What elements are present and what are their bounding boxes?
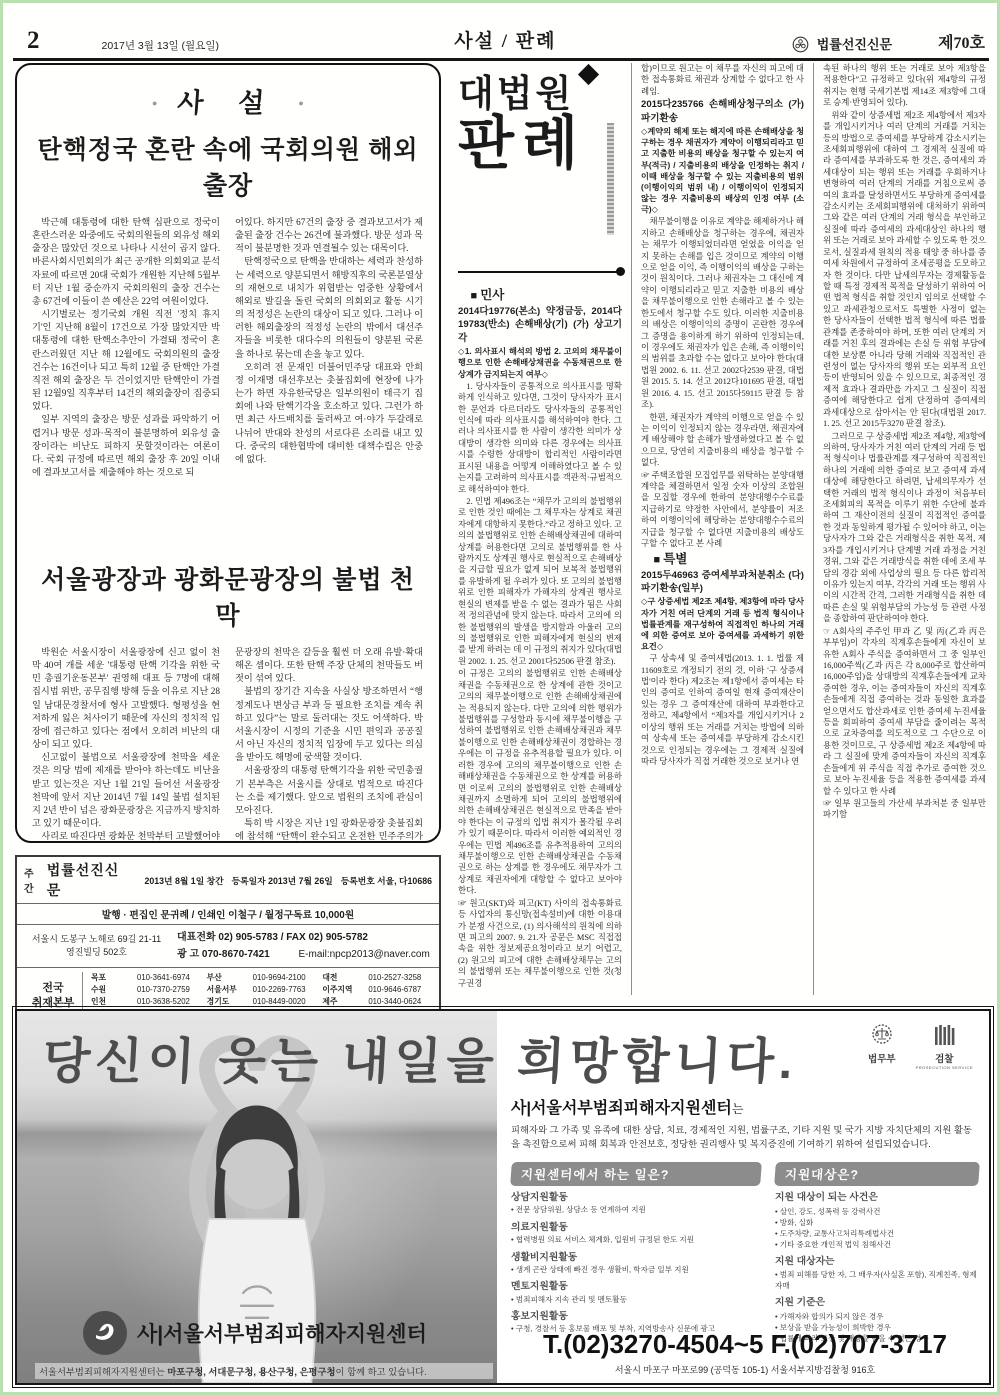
article1-column-2: 어있다. 하지만 67건의 출장 중 결과보고서가 제출된 출장 건수는 26건… <box>235 216 423 554</box>
case1-paragraph: 1. 당사자들이 공통적으로 의사표시를 명확하게 인식하고 있다면, 그것이 … <box>458 381 622 495</box>
precedent-column-1: 대법원 판례 민사 2014다19776(본소) 약정금등, 2014다1978… <box>449 63 631 995</box>
bureau-region: 부산 <box>207 972 249 984</box>
caption-prefix: 서울서부범죄피해자지원센터는 <box>39 1367 167 1377</box>
activities-column: 지원센터에서 하는 일은? 상담지원활동 전문 상담위원, 상담소 등 연계하여… <box>511 1162 761 1344</box>
case2-paragraph: 채무불이행을 이유로 계약을 해제하거나 해지하고 손해배상을 청구하는 경우에… <box>641 216 804 410</box>
editorial-paragraph: 박근혜 대통령에 대한 탄핵 심판으로 정국이 혼란스러운 와중에도 국회의원들… <box>32 216 220 308</box>
logo-text-daebeobwon: 대법원 <box>458 75 622 114</box>
editorial-headline-2: 서울광장과 광화문광장의 불법 천막 <box>32 560 424 632</box>
targets-header: 지원대상은? <box>774 1162 980 1186</box>
logo-sublabel: PROSECUTION SERVICE <box>916 1065 973 1070</box>
editorial-paragraph: 어있다. 하지만 67건의 출장 중 결과보고서가 제출된 출장 건수는 26건… <box>235 216 423 255</box>
bureau-entry: 목포010-3641-6974 <box>91 972 201 984</box>
publisher-name: 법률선진신문 <box>47 860 127 900</box>
publication-date: 2017년 3월 13일 (월요일) <box>102 38 219 53</box>
supreme-court-precedent-logo: 대법원 판례 <box>458 63 622 255</box>
case1-paragraph: 이 규정은 고의의 불법행위로 인한 손해배상채권을 수동채권으로 한 상계에 … <box>458 668 622 896</box>
case2-issue: ◇계약의 해제 또는 해지에 따른 손해배상을 청구하는 경우 채권자가 계약이… <box>641 126 804 215</box>
org-caption: 서울서부범죄피해자지원센터는 마포구청, 서대문구청, 용산구청, 은평구청이 … <box>35 1363 493 1379</box>
case1-title: 2014다19776(본소) 약정금등, 2014다19783(반소) 손해배상… <box>458 305 622 345</box>
precedent-column-2: 합)이므로 원고는 이 채무를 자신의 피고에 대한 접속통화료 채권과 상계할… <box>631 63 813 995</box>
bureau-phone: 010-8449-0020 <box>253 996 306 1008</box>
bureau-phone: 010-3638-5202 <box>137 996 190 1008</box>
registration-number: 등록번호 서울, 다10686 <box>341 874 432 887</box>
center-name-heading: 사|서울서부범죄피해자지원센터는 <box>511 1095 979 1118</box>
editorial-paragraph: 불법의 장기간 지속을 사실상 방조하면서 “행정계도나 변상금 부과 등 필요… <box>235 685 423 764</box>
prosecution-service-logo: 검찰 PROSECUTION SERVICE <box>916 1023 973 1070</box>
editorial-paragraph: 사리로 따진다면 광화문 천막부터 고발했어야 마땅하고 벌써 철거되었어야 한… <box>32 830 220 843</box>
publisher-phones: 대표전화 02) 905-5783 / FAX 02) 905-5782 광 고… <box>169 929 432 963</box>
activity-title: 홍보지원활동 <box>511 1310 761 1324</box>
publisher-row-contact: 서울시 도봉구 노해로 69길 21-11 영진빌딩 502호 대표전화 02)… <box>17 925 439 968</box>
target-item: 기타 중요한 개인적 법익 침해사건 <box>775 1239 979 1250</box>
weekly-label: 주간 <box>24 865 42 895</box>
editorial-paragraph: 시기별로는 정기국회 개원 직전 '정치 휴지기'인 지난해 8월이 17건으로… <box>32 308 220 413</box>
page-number: 2 <box>27 28 40 53</box>
founded-date: 2013년 8월 1일 창간 <box>144 874 223 887</box>
bureau-phone: 010-3641-6974 <box>137 972 190 984</box>
page-header: 2 2017년 3월 13일 (월요일) 사설 / 판례 법률선진신문 제70호 <box>13 9 989 61</box>
editorial-paragraph: 탄핵정국으로 탄핵을 반대하는 세력과 찬성하는 세력으로 양분되면서 해방직후… <box>235 255 423 360</box>
masthead-name: 법률선진신문 <box>817 34 892 53</box>
editorial-headline-1: 탄핵정국 혼란 속에 국회의원 해외 출장 <box>32 130 424 202</box>
editorial-paragraph: 서울광장의 대통령 탄핵기각을 위한 국민총궐기 본부측은 서울시를 상대로 법… <box>235 764 423 817</box>
publisher-email: E-mail:npcp2013@naver.com <box>299 946 430 963</box>
case1-issue: ◇1. 의사표시 해석의 방법 2. 고의의 채무불이행으로 인한 손해배상채권… <box>458 346 622 379</box>
editorial-article-2: 박원순 서울시장이 서울광장에 신고 없이 천막 40여 개를 세운 '대통령 … <box>32 646 424 843</box>
case2-title: 2015다235766 손해배상청구의소 (가) 파기환송 <box>641 98 804 125</box>
newspaper-emblem-icon <box>792 36 809 53</box>
activity-title: 상담지원활동 <box>511 1191 761 1205</box>
precedent-column-3: 속된 하나의 행위 또는 거래로 보아 제3항을 적용한다”고 규정하고 있다(… <box>813 63 995 995</box>
case2-note: ☞ 주택조합원 모집업무를 위탁하는 분양대행계약을 체결하면서 일정 숫자 이… <box>641 470 804 550</box>
case1-paragraph: 2. 민법 제496조는 “채무가 고의의 불법행위로 인한 것인 때에는 그 … <box>458 496 622 667</box>
bureau-region: 이주지역 <box>322 984 364 996</box>
case3-paragraph: 그러므로 구 상증세법 제2조 제4항, 제3항에 의하여, 당사자가 거친 여… <box>823 431 986 625</box>
bureau-region: 서울서부 <box>207 984 249 996</box>
activity-title: 생활비지원활동 <box>511 1251 761 1265</box>
bureau-entry: 제주010-3440-0624 <box>322 996 432 1008</box>
masthead-group: 법률선진신문 제70호 <box>792 30 985 53</box>
bureau-entry: 인천010-3638-5202 <box>91 996 201 1008</box>
bureau-region: 제주 <box>322 996 364 1008</box>
activity-desc: 생계 곤란 상태에 빠진 경우 생활비, 학자금 일부 지원 <box>511 1265 761 1276</box>
divider-with-dot <box>458 271 622 273</box>
bureau-region: 인천 <box>91 996 133 1008</box>
section-header-civil: 민사 <box>458 287 622 304</box>
ad-headline: 당신이 웃는 내일을 희망합니다. <box>41 1023 875 1093</box>
bureau-entry: 부산010-9694-2100 <box>207 972 317 984</box>
ad-columns: 지원센터에서 하는 일은? 상담지원활동 전문 상담위원, 상담소 등 연계하여… <box>511 1162 979 1344</box>
target-item: 도주차량, 교통사고처리특례법사건 <box>775 1228 979 1239</box>
bureau-entry: 서울서부010-2269-7763 <box>207 984 317 996</box>
target-group: 지원 대상자는 범죄 피해를 당한 자, 그 배우자(사실혼 포함), 직계친족… <box>775 1255 979 1292</box>
bureau-entry: 수원010-7370-2759 <box>91 984 201 996</box>
activity-desc: 협력병원 의료 서비스 체계화, 입원비 규정된 한도 지원 <box>511 1235 761 1246</box>
registered-date: 등록일자 2013년 7월 26일 <box>232 874 333 887</box>
activity-title: 의료지원활동 <box>511 1221 761 1235</box>
editorial-paragraph: 일부 지역의 출장은 방문 성과를 파악하기 어렵거나 방문 성과·목적이 불분… <box>32 413 220 479</box>
activities-header: 지원센터에서 하는 일은? <box>510 1162 762 1186</box>
section-header-special: 특별 <box>641 551 804 568</box>
editorial-paragraph: 오히려 전 문재인 더불어민주당 대표와 안희정 이재명 대선후보는 촛불집회에… <box>235 361 423 466</box>
case2-paragraph: 한편, 채권자가 계약의 이행으로 얻을 수 있는 이익이 인정되지 않는 경우… <box>641 412 804 469</box>
case3-paragraph: 위와 같이 상증세법 제2조 제4항에서 제3자를 개입시키거나 여러 단계의 … <box>823 110 986 430</box>
article1-column-1: 박근혜 대통령에 대한 탄핵 심판으로 정국이 혼란스러운 와중에도 국회의원들… <box>32 216 220 554</box>
article2-column-1: 박원순 서울시장이 서울광장에 신고 없이 천막 40여 개를 세운 '대통령 … <box>32 646 220 843</box>
case3-note: ☞ A회사의 주주인 甲과 乙 및 丙(乙과 丙은 부부임)이 각자의 직계후손… <box>823 626 986 797</box>
target-item: 살인, 강도, 성폭력 등 강력사건 <box>775 1206 979 1217</box>
target-item: 범죄 피해를 당한 자, 그 배우자(사실혼 포함), 직계친족, 형제자매 <box>775 1269 979 1291</box>
scales-icon <box>869 1023 895 1049</box>
article2-column-2: 문광장의 천막은 갈등을 훨씬 더 오래 유발·확대해온 셈이다. 또한 탄핵 … <box>235 646 423 843</box>
bureau-region: 목포 <box>91 972 133 984</box>
caption-districts: 마포구청, 서대문구청, 용산구청, 은평구청 <box>167 1367 335 1377</box>
newspaper-page: 2 2017년 3월 13일 (월요일) 사설 / 판례 법률선진신문 제70호… <box>0 0 1000 1395</box>
bureau-phone: 010-7370-2759 <box>137 984 190 996</box>
ad-phone: 광 고 070-8670-7421 <box>177 949 270 960</box>
precedents-section: 대법원 판례 민사 2014다19776(본소) 약정금등, 2014다1978… <box>449 63 995 995</box>
ministry-of-justice-logo: 법무부 <box>868 1023 896 1070</box>
editorial-paragraph: 신고없이 불법으로 서울광장에 천막을 세운 것은 의당 법에 제재를 받아야 … <box>32 751 220 830</box>
target-group: 지원 대상이 되는 사건은 살인, 강도, 성폭력 등 강력사건 방화, 실화 … <box>775 1191 979 1250</box>
target-item: 가해자와 합의가 되지 않은 경우 <box>775 1311 979 1322</box>
activity-item: 의료지원활동 협력병원 의료 서비스 체계화, 입원비 규정된 한도 지원 <box>511 1221 761 1246</box>
activity-desc: 범죄피해자 지속 관리 및 멘토활동 <box>511 1295 761 1306</box>
vertical-bar-decoration <box>607 123 614 235</box>
bureau-region: 경기도 <box>207 996 249 1008</box>
issue-number: 제70호 <box>938 30 985 53</box>
publisher-row-registration: 주간 법률선진신문 2013년 8월 1일 창간 등록일자 2013년 7월 2… <box>17 857 439 904</box>
staff-line: 발행 · 편집인 문귀례 / 인쇄인 이철구 / 월정구독료 10,000원 <box>102 907 354 921</box>
org-name-block: 사|서울서부범죄피해자지원센터 <box>83 1311 427 1355</box>
center-name: 사|서울서부범죄피해자지원센터 <box>511 1100 732 1117</box>
pillar-bars-icon <box>931 1023 957 1049</box>
activity-item: 생활비지원활동 생계 곤란 상태에 빠진 경우 생활비, 학자금 일부 지원 <box>511 1251 761 1276</box>
activity-title: 멘토지원활동 <box>511 1280 761 1294</box>
bureau-region: 수원 <box>91 984 133 996</box>
logo-text-panrye: 판례 <box>458 114 622 175</box>
bureau-phone: 010-9694-2100 <box>253 972 306 984</box>
editorial-paragraph: 문광장의 천막은 갈등을 훨씬 더 오래 유발·확대해온 셈이다. 또한 탄핵 … <box>235 646 423 685</box>
logo-label: 법무부 <box>868 1051 896 1065</box>
case3-title: 2015두46963 증여세부과처분취소 (다) 파기환송(일부) <box>641 569 804 596</box>
center-description: 피해자와 그 가족 및 유족에 대한 상담, 치료, 경제적인 지원, 법률구조… <box>511 1124 973 1152</box>
activity-item: 상담지원활동 전문 상담위원, 상담소 등 연계하여 지원 <box>511 1191 761 1216</box>
section-title: 사설 / 판례 <box>219 26 792 53</box>
publisher-address: 서울시 도봉구 노해로 69길 21-11 영진빌딩 502호 <box>24 933 169 960</box>
targets-column: 지원대상은? 지원 대상이 되는 사건은 살인, 강도, 성폭력 등 강력사건 … <box>775 1162 979 1344</box>
caption-suffix: 이 함께 하고 있습니다. <box>336 1367 427 1377</box>
case3-paragraph: 구 상속세 및 증여세법(2013. 1. 1. 법률 제11609호로 개정되… <box>641 653 804 767</box>
editorial-paragraph: 특히 박 시장은 지난 1일 광화문광장 촛불집회에 참석해 “탄핵이 완수되고… <box>235 817 423 843</box>
address-line-1: 서울시 도봉구 노해로 69길 21-11 <box>32 934 161 944</box>
center-name-suffix: 는 <box>732 1102 744 1116</box>
ad-info-panel: 사|서울서부범죄피해자지원센터는 피해자와 그 가족 및 유족에 대한 상담, … <box>511 1095 979 1344</box>
case3-note: ☞ 일부 원고들의 가산세 부과처분 중 일부만 파기함 <box>823 798 986 821</box>
bureau-entry: 경기도010-8449-0020 <box>207 996 317 1008</box>
editorial-box: 사 설 탄핵정국 혼란 속에 국회의원 해외 출장 박근혜 대통령에 대한 탄핵… <box>15 63 441 843</box>
target-label: 지원 대상자는 <box>775 1255 979 1270</box>
editorial-label: 사 설 <box>31 81 426 120</box>
bureau-header-line1: 전국 <box>42 981 63 996</box>
activity-item: 멘토지원활동 범죄피해자 지속 관리 및 멘토활동 <box>511 1280 761 1305</box>
contact-phone: T.(02)3270-4504~5 F.(02)707-3717 <box>511 1329 979 1360</box>
activity-desc: 전문 상담위원, 상담소 등 연계하여 지원 <box>511 1205 761 1216</box>
case1-note-continued: 합)이므로 원고는 이 채무를 자신의 피고에 대한 접속통화료 채권과 상계할… <box>641 63 804 97</box>
editorial-paragraph: 박원순 서울시장이 서울광장에 신고 없이 천막 40여 개를 세운 '대통령 … <box>32 646 220 751</box>
bureau-region: 대전 <box>322 972 364 984</box>
bureau-phone: 010-2269-7763 <box>253 984 306 996</box>
address-line-2: 영진빌딩 502호 <box>66 947 127 957</box>
bureau-entry: 대전010-2527-3258 <box>322 972 432 984</box>
org-name: 사|서울서부범죄피해자지원센터 <box>137 1318 427 1348</box>
target-label: 지원 기준은 <box>775 1296 979 1311</box>
bureau-entry: 이주지역010-9646-6787 <box>322 984 432 996</box>
target-label: 지원 대상이 되는 사건은 <box>775 1191 979 1206</box>
target-item: 방화, 실화 <box>775 1217 979 1228</box>
contact-address: 서울시 마포구 마포로99 (공덕동 105-1) 서울서부지방검찰청 916호 <box>511 1363 979 1376</box>
logo-label: 검찰 <box>935 1051 953 1065</box>
publisher-row-staff: 발행 · 편집인 문귀례 / 인쇄인 이철구 / 월정구독료 10,000원 <box>17 904 439 925</box>
dove-icon <box>83 1311 127 1355</box>
case3-issue: ◇구 상증세법 제2조 제4항, 제3항에 따라 당사자가 거친 여러 단계의 … <box>641 596 804 652</box>
bureau-phone: 010-2527-3258 <box>368 972 421 984</box>
case1-note: ☞ 원고(SKT)와 피고(KT) 사이의 접속통화료 등 사업자의 통신망(접… <box>458 898 622 989</box>
government-logos: 법무부 검찰 PROSECUTION SERVICE <box>864 1021 977 1072</box>
main-phone: 대표전화 02) 905-5783 / FAX 02) 905-5782 <box>177 932 368 943</box>
case3-paragraph-continued: 속된 하나의 행위 또는 거래로 보아 제3항을 적용한다”고 규정하고 있다(… <box>823 63 986 109</box>
support-center-advertisement: 당신이 웃는 내일을 희망합니다. 법무부 <box>15 1009 991 1385</box>
bureau-phone: 010-3440-0624 <box>368 996 421 1008</box>
editorial-article-1: 박근혜 대통령에 대한 탄핵 심판으로 정국이 혼란스러운 와중에도 국회의원들… <box>32 216 424 554</box>
bureau-phone: 010-9646-6787 <box>368 984 421 996</box>
